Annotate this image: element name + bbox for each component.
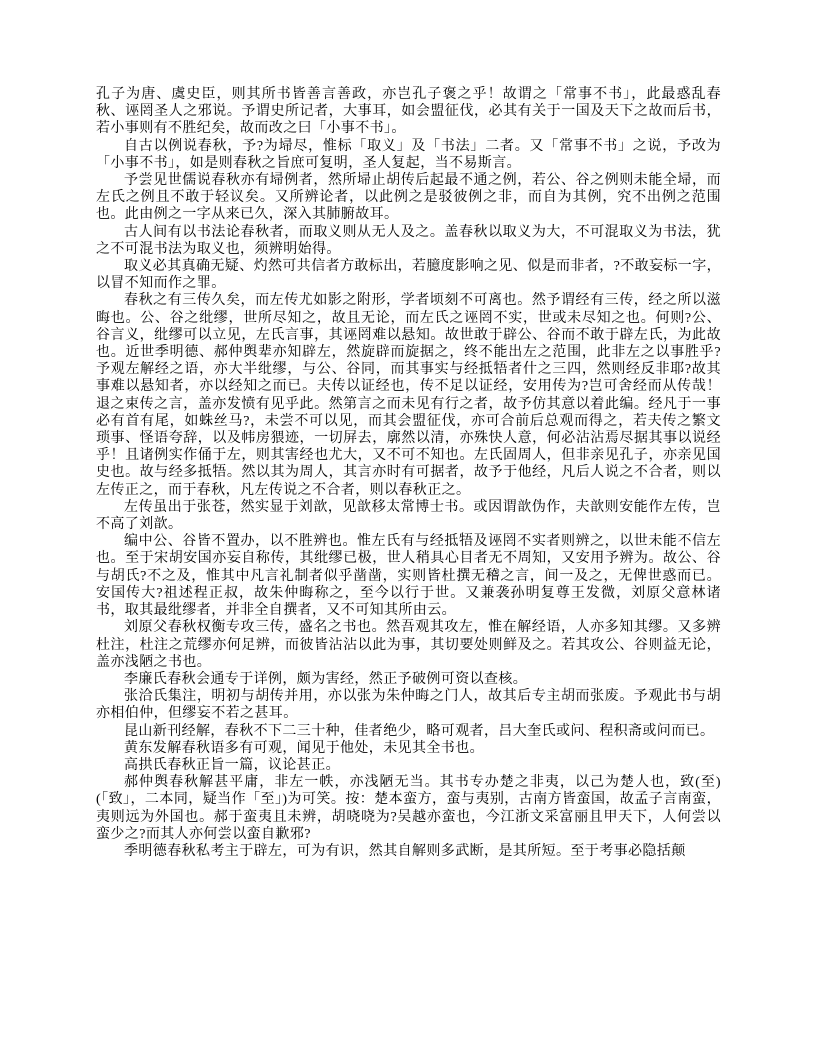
paragraph: 季明德春秋私考主于辟左，可为有识，然其自解则多武断，是其所短。至于考事必隐括颠 bbox=[96, 843, 721, 860]
paragraph: 郝仲舆春秋解甚平庸，非左一帙，亦浅陋无当。其书专办楚之非夷，以己为楚人也，致(至… bbox=[96, 774, 721, 843]
paragraph: 左传虽出于张苍，然实显于刘歆，见歆移太常博士书。或因谓歆伪作，夫歆则安能作左传，… bbox=[96, 499, 721, 533]
paragraph: 予尝见世儒说春秋亦有埽例者，然所埽止胡传后起最不通之例，若公、谷之例则未能全埽，… bbox=[96, 172, 721, 224]
paragraph: 刘原父春秋权衡专攻三传，盛名之书也。然吾观其攻左，惟在解经语，人亦多知其缪。又多… bbox=[96, 619, 721, 671]
document-text-block: 孔子为唐、虞史臣，则其所书皆善言善政，亦岂孔子褒之乎！故谓之「常事不书」，此最惑… bbox=[96, 86, 721, 860]
paragraph: 黄东发解春秋语多有可观，闻见于他处，未见其全书也。 bbox=[96, 740, 721, 757]
paragraph: 昆山新刊经解，春秋不下二三十种，佳者绝少，略可观者，吕大奎氏或问、程积斋或问而已… bbox=[96, 723, 721, 740]
paragraph: 李廉氏春秋会通专于详例，颇为害经，然正予破例可资以查核。 bbox=[96, 671, 721, 688]
paragraph: 自古以例说春秋，予?为埽尽，惟标「取义」及「书法」二者。又「常事不书」之说，予改… bbox=[96, 138, 721, 172]
paragraph: 取义必其真确无疑、灼然可共信者方敢标出，若臆度影响之见、似是而非者，?不敢妄标一… bbox=[96, 258, 721, 292]
paragraph: 春秋之有三传久矣，而左传尤如影之附形，学者顷刻不可离也。然予谓经有三传，经之所以… bbox=[96, 292, 721, 498]
paragraph: 编中公、谷皆不置办，以不胜辨也。惟左氏有与经抵牾及诬罔不实者则辨之，以世未能不信… bbox=[96, 533, 721, 619]
paragraph: 古人间有以书法论春秋者，而取义则从无人及之。盖春秋以取义为大，不可混取义为书法，… bbox=[96, 224, 721, 258]
paragraph: 高拱氏春秋正旨一篇，议论甚正。 bbox=[96, 757, 721, 774]
paragraph-continuation: 孔子为唐、虞史臣，则其所书皆善言善政，亦岂孔子褒之乎！故谓之「常事不书」，此最惑… bbox=[96, 86, 721, 138]
paragraph: 张洽氏集注，明初与胡传并用，亦以张为朱仲晦之门人，故其后专主胡而张废。予观此书与… bbox=[96, 688, 721, 722]
document-page: 孔子为唐、虞史臣，则其所书皆善言善政，亦岂孔子褒之乎！故谓之「常事不书」，此最惑… bbox=[0, 0, 816, 1056]
